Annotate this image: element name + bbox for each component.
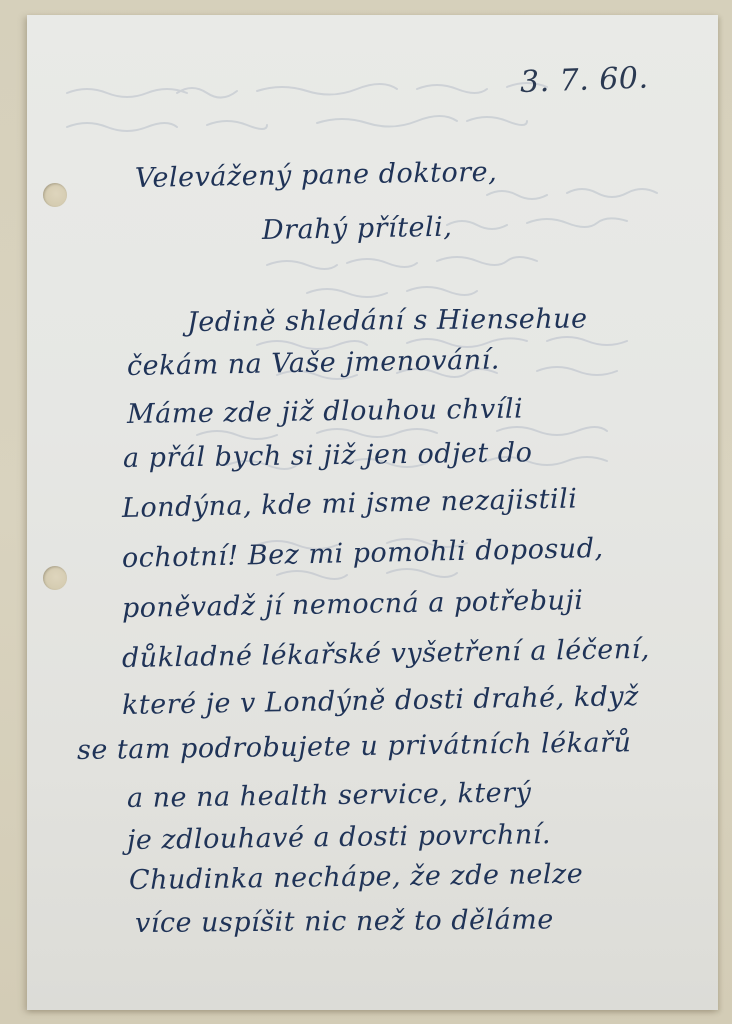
body-line: Máme zde již dlouhou chvíli — [127, 393, 524, 430]
letter-date: 3. 7. 60. — [519, 61, 649, 100]
body-line: Londýna, kde mi jsme nezajistili — [122, 483, 578, 524]
salutation-line-1: Velevážený pane doktore, — [135, 157, 498, 194]
body-line: se tam podrobujete u privátních lékařů — [77, 727, 632, 766]
punch-hole-top — [43, 183, 67, 207]
body-line: důkladné lékařské vyšetření a léčení, — [122, 634, 650, 674]
body-line: čekám na Vaše jmenování. — [127, 344, 500, 382]
body-line: a přál bych si již jen odjet do — [123, 437, 533, 474]
body-line: které je v Londýně dosti drahé, když — [122, 681, 639, 721]
body-line: Chudinka nechápe, že zde nelze — [129, 859, 584, 896]
body-line: ochotní! Bez mi pomohli doposud, — [122, 533, 604, 574]
body-line: poněvadž jí nemocná a potřebuji — [122, 585, 584, 624]
body-line: je zdlouhavé a dosti povrchní. — [127, 819, 551, 856]
punch-hole-bottom — [43, 566, 67, 590]
body-line: a ne na health service, který — [127, 777, 532, 814]
salutation-line-2: Drahý příteli, — [262, 212, 453, 246]
body-line: Jedině shledání s Hiensehue — [187, 304, 588, 338]
body-line: více uspíšit nic než to děláme — [135, 904, 554, 939]
letter-page: 3. 7. 60. Velevážený pane doktore, Drahý… — [27, 15, 718, 1010]
